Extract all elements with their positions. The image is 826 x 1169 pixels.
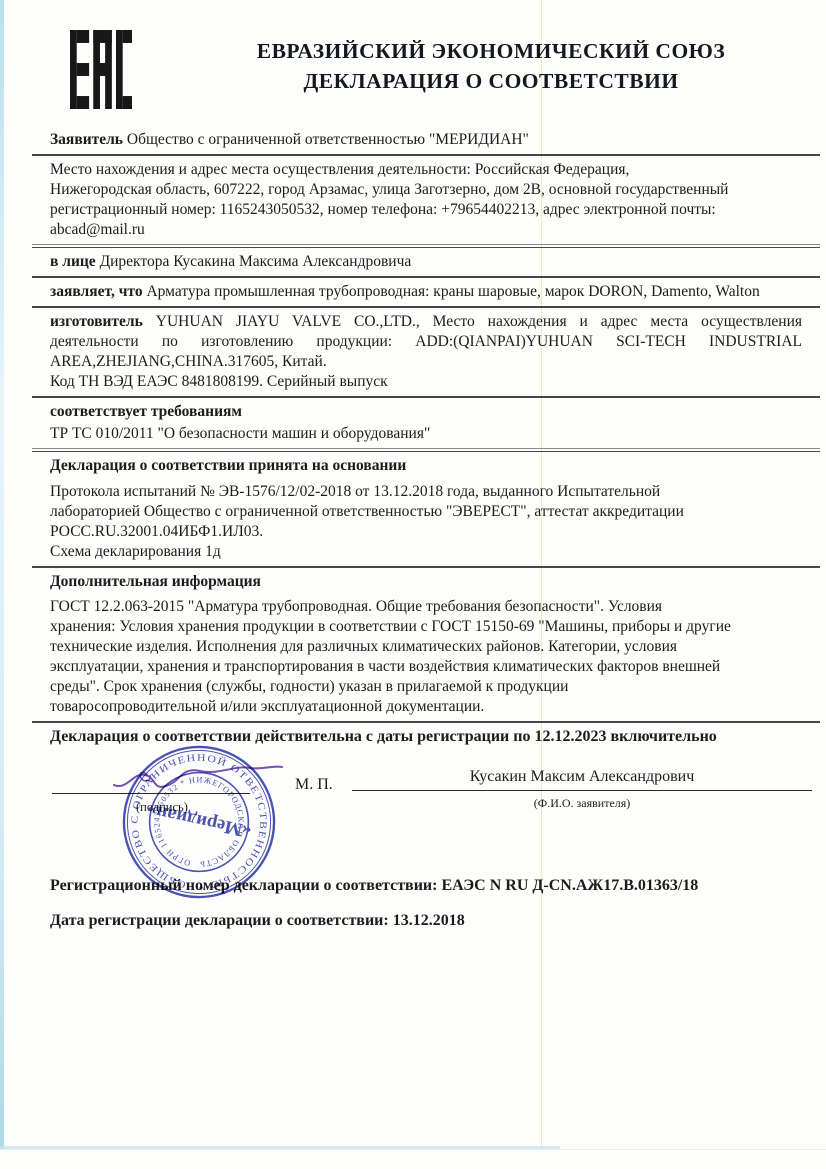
section-divider [32,721,820,723]
section-divider [32,244,820,248]
declarant-name: Кусакин Максим Александрович [352,767,812,791]
additional-line: хранения: Условия хранения продукции в с… [50,617,802,637]
basis-heading: Декларация о соответствии принята на осн… [50,456,802,476]
manufacturer-line: AREA,ZHEJIANG,CHINA.317605, Китай. [50,352,802,372]
declares-value: Арматура промышленная трубопроводная: кр… [146,283,759,300]
eac-mark-icon [70,30,132,109]
person-value: Директора Кусакина Максима Александрович… [100,253,412,270]
additional-info-heading: Дополнительная информация [50,572,802,592]
document-content: ЕВРАЗИЙСКИЙ ЭКОНОМИЧЕСКИЙ СОЮЗ ДЕКЛАРАЦИ… [50,0,802,945]
declares-row: заявляет, что Арматура промышленная труб… [50,282,802,302]
section-divider [32,396,820,398]
applicant-label: Заявитель [50,131,123,148]
applicant-value: Общество с ограниченной ответственностью… [127,131,529,148]
basis-line: Протокола испытаний № ЭВ-1576/12/02-2018… [50,482,802,502]
document-title: ЕВРАЗИЙСКИЙ ЭКОНОМИЧЕСКИЙ СОЮЗ ДЕКЛАРАЦИ… [50,0,802,96]
declares-label: заявляет, что [50,283,143,300]
handwritten-signature [108,755,288,797]
document-header: ЕВРАЗИЙСКИЙ ЭКОНОМИЧЕСКИЙ СОЮЗ ДЕКЛАРАЦИ… [50,0,802,128]
compliance-value: ТР ТС 010/2011 "О безопасности машин и о… [50,424,802,444]
address-line: Нижегородская область, 607222, город Арз… [50,180,802,200]
section-divider [32,566,820,568]
address-line: abcad@mail.ru [50,220,802,240]
registration-date-label: Дата регистрации декларации о соответств… [50,912,389,929]
additional-line: технические изделия. Исполнения для разл… [50,637,802,657]
compliance-heading: соответствует требованиям [50,402,802,422]
additional-info-block: ГОСТ 12.2.063-2015 "Арматура трубопровод… [50,597,802,717]
registration-number-value: ЕАЭС N RU Д-CN.АЖ17.В.01363/18 [441,877,698,894]
manufacturer-line: деятельности по изготовлению продукции: … [50,332,802,352]
person-row: в лице Директора Кусакина Максима Алекса… [50,252,802,272]
person-label: в лице [50,253,96,270]
manufacturer-line: изготовитель YUHUAN JIAYU VALVE CO.,LTD.… [50,312,802,332]
declaration-page: ЕВРАЗИЙСКИЙ ЭКОНОМИЧЕСКИЙ СОЮЗ ДЕКЛАРАЦИ… [0,0,826,1169]
address-block: Место нахождения и адрес места осуществл… [50,160,802,240]
scan-artifact-left-edge [0,0,4,1150]
manufacturer-block: изготовитель YUHUAN JIAYU VALVE CO.,LTD.… [50,312,802,392]
registration-date-value: 13.12.2018 [393,912,465,929]
registration-date-line: Дата регистрации декларации о соответств… [50,910,802,932]
basis-line: лабораторией Общество с ограниченной отв… [50,502,802,522]
additional-line: эксплуатации, хранения и транспортирован… [50,657,802,677]
manufacturer-text: YUHUAN JIAYU VALVE CO.,LTD., Место нахож… [156,313,802,330]
additional-line: товаросопроводительной и/или эксплуатаци… [50,697,802,717]
declarant-name-caption: (Ф.И.О. заявителя) [352,791,812,813]
address-line: Место нахождения и адрес места осуществл… [50,160,802,180]
section-divider [32,306,820,308]
address-line: регистрационный номер: 1165243050532, но… [50,200,802,220]
basis-block: Протокола испытаний № ЭВ-1576/12/02-2018… [50,482,802,562]
applicant-row: Заявитель Общество с ограниченной ответс… [50,130,802,150]
section-divider [32,448,820,452]
manufacturer-label: изготовитель [50,313,143,330]
signature-section: М. П. (подпись) Кусакин Максим Александр… [50,747,802,847]
declarant-name-block: Кусакин Максим Александрович (Ф.И.О. зая… [352,767,812,813]
section-divider [32,276,820,278]
additional-line: среды". Срок хранения (службы, годности)… [50,677,802,697]
section-divider [32,154,820,156]
declaration-scheme: Схема декларирования 1д [50,542,802,562]
title-line-1: ЕВРАЗИЙСКИЙ ЭКОНОМИЧЕСКИЙ СОЮЗ [180,36,802,66]
scan-artifact-bottom-edge2 [0,1149,826,1150]
additional-line: ГОСТ 12.2.063-2015 "Арматура трубопровод… [50,597,802,617]
seal-place-label: М. П. [295,775,333,795]
tnved-code-line: Код ТН ВЭД ЕАЭС 8481808199. Серийный вып… [50,372,802,392]
title-line-2: ДЕКЛАРАЦИЯ О СООТВЕТСТВИИ [180,66,802,96]
basis-line: РОСС.RU.32001.04ИБФ1.ИЛ03. [50,522,802,542]
